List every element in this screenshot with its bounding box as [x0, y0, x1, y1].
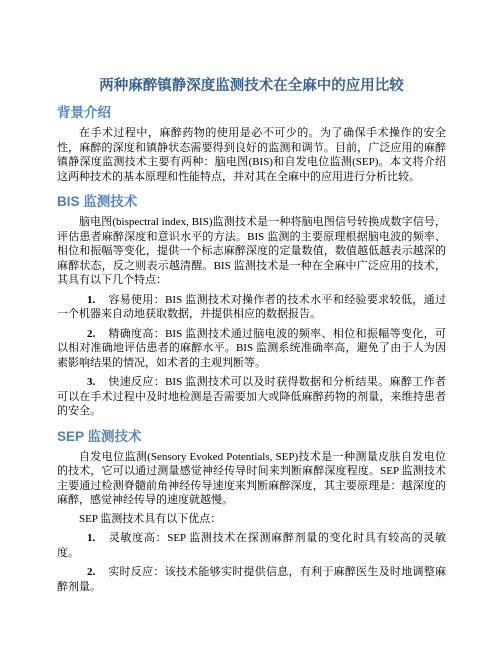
list-item-number: 3.: [87, 375, 108, 390]
section-heading-sep: SEP 监测技术: [57, 428, 446, 445]
list-item-text: 精确度高：BIS 监测技术通过脑电波的频率、相位和振幅等变化，可以相对准确地评估…: [57, 328, 446, 369]
paragraph-sep-advantages-lead: SEP 监测技术具有以下优点：: [57, 512, 446, 527]
list-item-text: 灵敏度高：SEP 监测技术在探测麻醉剂量的变化时具有较高的灵敏度。: [57, 532, 446, 559]
document-title: 两种麻醉镇静深度监测技术在全麻中的应用比较: [57, 77, 446, 95]
section-bis: BIS 监测技术 脑电图(bispectral index, BIS)监测技术是…: [57, 193, 446, 419]
list-item: 2.精确度高：BIS 监测技术通过脑电波的频率、相位和振幅等变化，可以相对准确地…: [57, 327, 446, 371]
list-item-number: 1.: [87, 531, 108, 546]
paragraph-bis-intro: 脑电图(bispectral index, BIS)监测技术是一种将脑电图信号转…: [57, 215, 446, 288]
list-item-number: 2.: [87, 565, 108, 580]
section-background: 背景介绍 在手术过程中，麻醉药物的使用是必不可少的。为了确保手术操作的安全性，麻…: [57, 104, 446, 184]
list-item: 1.灵敏度高：SEP 监测技术在探测麻醉剂量的变化时具有较高的灵敏度。: [57, 531, 446, 560]
section-heading-background: 背景介绍: [57, 104, 446, 121]
list-item: 2.实时反应：该技术能够实时提供信息，有利于麻醉医生及时地调整麻醉剂量。: [57, 565, 446, 594]
list-item-number: 1.: [87, 293, 108, 308]
section-sep: SEP 监测技术 自发电位监测(Sensory Evoked Potential…: [57, 428, 446, 595]
document-page: 两种麻醉镇静深度监测技术在全麻中的应用比较 背景介绍 在手术过程中，麻醉药物的使…: [0, 0, 502, 649]
section-heading-bis: BIS 监测技术: [57, 193, 446, 210]
paragraph-background-intro: 在手术过程中，麻醉药物的使用是必不可少的。为了确保手术操作的安全性，麻醉的深度和…: [57, 126, 446, 184]
list-item-text: 容易使用：BIS 监测技术对操作者的技术水平和经验要求较低，通过一个机器来自动地…: [57, 294, 446, 321]
list-item-text: 实时反应：该技术能够实时提供信息，有利于麻醉医生及时地调整麻醉剂量。: [57, 566, 446, 593]
list-item: 1.容易使用：BIS 监测技术对操作者的技术水平和经验要求较低，通过一个机器来自…: [57, 293, 446, 322]
list-item: 3.快速反应：BIS 监测技术可以及时获得数据和分析结果。麻醉工作者可以在手术过…: [57, 375, 446, 419]
paragraph-sep-intro: 自发电位监测(Sensory Evoked Potentials, SEP)技术…: [57, 450, 446, 508]
list-item-number: 2.: [87, 327, 108, 342]
list-item-text: 快速反应：BIS 监测技术可以及时获得数据和分析结果。麻醉工作者可以在手术过程中…: [57, 376, 446, 417]
